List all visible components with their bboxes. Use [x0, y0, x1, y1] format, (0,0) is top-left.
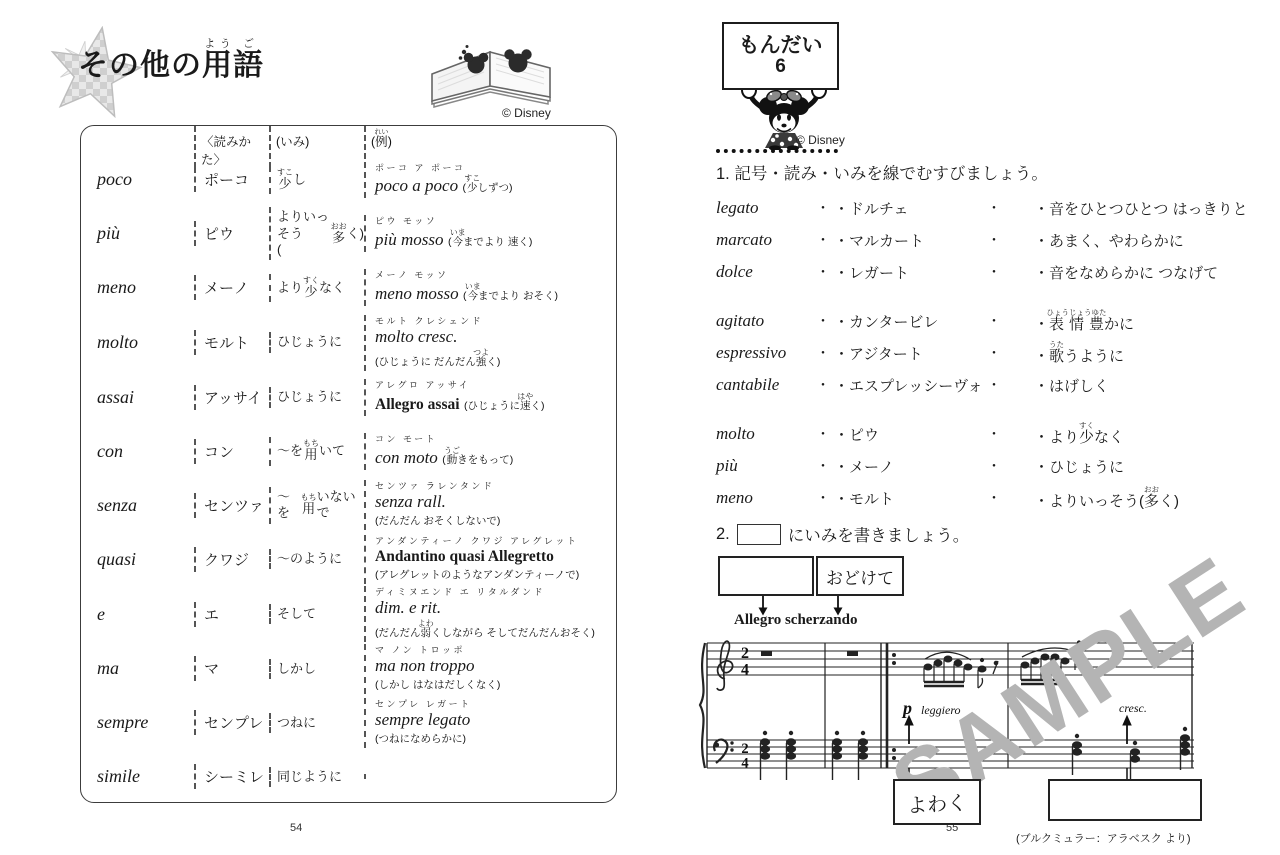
match-row: cantabile ・ ・エスプレッシーヴォ ・ ・はげしく [716, 369, 1236, 401]
match-term: legato [716, 198, 812, 218]
example-kana-guide: モルト クレシェンド [375, 317, 612, 327]
match-meaning: ・ひじょうに [1004, 456, 1236, 477]
term-cell: assai [81, 387, 194, 408]
matching-exercise: legato ・ ・ドルチェ ・ ・音をひとつひとつ はっきりと marcato… [716, 192, 1236, 531]
match-meaning: ・はげしく [1004, 375, 1236, 396]
score-source-caption: (ブルクミュラー：アラベスク より) [1016, 830, 1191, 846]
tempo-marking: Allegro scherzando [734, 612, 857, 629]
match-row: espressivo ・ ・アジタート ・ ・歌うたうように [716, 337, 1236, 369]
example-text: senza rall. [375, 492, 446, 511]
example-kana-guide: メーノ モッソ [375, 271, 612, 281]
example-text: molto cresc. [375, 327, 457, 346]
problem-label: もんだい [739, 34, 823, 57]
problem-number-sign: もんだい 6 [722, 22, 839, 90]
match-meaning: ・表情豊ひょうじょうゆたかに [1004, 308, 1236, 334]
example-cell [364, 774, 616, 779]
example-kana-guide: ポーコ ア ポーコ [375, 164, 612, 174]
dynamic-p: p [901, 698, 912, 718]
example-note: (しかし はなはだしくなく) [375, 677, 612, 692]
header-meaning: (いみ) [269, 126, 364, 168]
page-number-left: 54 [290, 822, 302, 834]
term-cell: con [81, 441, 194, 462]
example-text: con moto [375, 448, 438, 467]
example-text: Allegro assai [375, 396, 460, 413]
table-row: più ピウ よりいっそう (多おおく) ピウ モッソ più mosso (今… [81, 207, 616, 261]
whole-rest [761, 651, 772, 656]
match-reading: ・アジタート [834, 343, 984, 364]
example-note: (つねになめらかに) [375, 731, 612, 746]
match-term: marcato [716, 230, 812, 250]
reading-cell: センツァ [194, 493, 269, 518]
example-cell: アレグロ アッサイ Allegro assai (ひじょうに速はやく) [364, 379, 616, 416]
match-dot: ・ [984, 375, 1004, 395]
match-dot: ・ [812, 262, 834, 282]
match-dot: ・ [812, 488, 834, 508]
match-reading: ・カンタービレ [834, 311, 984, 332]
reading-cell: エ [194, 602, 269, 627]
example-text: più mosso [375, 230, 443, 249]
term-cell: poco [81, 169, 194, 190]
match-meaning: ・音をなめらかに つなげて [1004, 262, 1236, 283]
term-cell: meno [81, 277, 194, 298]
term-cell: più [81, 223, 194, 244]
workbook-spread: { "left_page": { "title": [{"t":"その他の"},… [0, 0, 1280, 855]
reading-cell: マ [194, 656, 269, 681]
table-row: senza センツァ ～を用もちいないで センツァ ラレンタンド senza r… [81, 478, 616, 532]
reading-cell: クワジ [194, 547, 269, 572]
example-note: (だんだん おそくしないで) [375, 513, 612, 528]
match-dot: ・ [812, 311, 834, 331]
terms-table-body: poco ポーコ 少すこし ポーコ ア ポーコ poco a poco (少すこ… [81, 153, 616, 803]
match-dot: ・ [984, 198, 1004, 218]
match-row: molto ・ ・ピウ ・ ・より少すくなく [716, 418, 1236, 450]
match-term: agitato [716, 311, 812, 331]
example-text: poco a poco [375, 176, 458, 195]
term-cell: ma [81, 658, 194, 679]
match-term: dolce [716, 262, 812, 282]
dynamic-leggiero: leggiero [921, 703, 961, 717]
bass-clef-icon [714, 740, 734, 763]
header-reading: 〈読みかた〉 [194, 126, 269, 168]
reading-cell: コン [194, 439, 269, 464]
example-kana-guide: アレグロ アッサイ [375, 381, 612, 391]
book-mickey-illustration [424, 40, 562, 110]
example-text: dim. e rit. [375, 598, 441, 617]
reading-cell: センプレ [194, 710, 269, 735]
match-meaning: ・あまく、やわらかに [1004, 230, 1236, 251]
bass-chords [760, 731, 867, 780]
term-cell: senza [81, 495, 194, 516]
match-reading: ・エスプレッシーヴォ [834, 375, 984, 396]
terms-table: 〈読みかた〉 (いみ) (例れい) poco ポーコ 少すこし ポーコ ア ポー… [80, 125, 617, 803]
meaning-cell: ひじょうに [269, 332, 364, 352]
example-cell: モルト クレシェンド molto cresc. (ひじょうに だんだん強つよく) [364, 315, 616, 371]
example-cell: センプレ レガート sempre legato (つねになめらかに) [364, 698, 616, 748]
answer-box-yowaku[interactable]: よわく [893, 779, 981, 825]
term-cell: quasi [81, 549, 194, 570]
term-cell: molto [81, 332, 194, 353]
meaning-cell: 少すこし [269, 166, 364, 194]
time-signature-bottom: 4 [741, 756, 748, 772]
match-reading: ・レガート [834, 262, 984, 283]
question1-label: 1. 記号・読み・いみを線でむすびましょう。 [716, 160, 1048, 184]
meaning-cell: そして [269, 604, 364, 624]
match-row: più ・ ・メーノ ・ ・ひじょうに [716, 450, 1236, 482]
example-note: (ひじょうに速はやく) [464, 400, 545, 412]
match-meaning: ・歌うたうように [1004, 340, 1236, 366]
example-note: (アレグレットのようなアンダンティーノで) [375, 567, 612, 582]
disney-copyright: © Disney [502, 106, 551, 120]
example-kana-guide: センツァ ラレンタンド [375, 482, 612, 492]
example-cell: ポーコ ア ポーコ poco a poco (少すこしずつ) [364, 162, 616, 199]
match-reading: ・ピウ [834, 424, 984, 445]
meaning-cell: より少すくなく [269, 274, 364, 302]
reading-cell: ポーコ [194, 167, 269, 192]
match-term: meno [716, 488, 812, 508]
match-meaning: ・よりいっそう(多おおく) [1004, 485, 1236, 511]
cresc-marking: cresc. [1119, 701, 1147, 715]
match-row: agitato ・ ・カンタービレ ・ ・表情豊ひょうじょうゆたかに [716, 305, 1236, 337]
table-row: molto モルト ひじょうに モルト クレシェンド molto cresc. … [81, 315, 616, 371]
meaning-cell: つねに [269, 713, 364, 733]
match-reading: ・マルカート [834, 230, 984, 251]
match-reading: ・メーノ [834, 456, 984, 477]
time-signature-top: 2 [741, 645, 749, 662]
example-note: (だんだん弱よわくしながら そしてだんだんおそく) [375, 619, 612, 640]
table-row: ma マ しかし マ ノン トロッポ ma non troppo (しかし はな… [81, 642, 616, 696]
example-note: (今いままでより おそく) [463, 290, 558, 302]
match-term: espressivo [716, 343, 812, 363]
problem-number: 6 [775, 57, 786, 78]
match-dot: ・ [984, 456, 1004, 476]
term-cell: sempre [81, 712, 194, 733]
example-cell: メーノ モッソ meno mosso (今いままでより おそく) [364, 269, 616, 306]
match-group-2: agitato ・ ・カンタービレ ・ ・表情豊ひょうじょうゆたかに espre… [716, 305, 1236, 401]
match-dot: ・ [812, 456, 834, 476]
example-kana-guide: センプレ レガート [375, 700, 612, 710]
page-title: その他の用よう語ご [78, 38, 264, 82]
reading-cell: アッサイ [194, 385, 269, 410]
example-text: meno mosso [375, 284, 459, 303]
match-reading: ・モルト [834, 488, 984, 509]
dotted-divider [716, 143, 838, 153]
question2-text: にいみを書きましょう。 [788, 522, 970, 546]
table-row: quasi クワジ ～のように アンダンティーノ クワジ アレグレット Anda… [81, 532, 616, 586]
term-cell: e [81, 604, 194, 625]
example-cell: ピウ モッソ più mosso (今いままでより 速く) [364, 215, 616, 252]
match-dot: ・ [984, 424, 1004, 444]
example-text: sempre legato [375, 710, 470, 729]
match-row: marcato ・ ・マルカート ・ ・あまく、やわらかに [716, 224, 1236, 256]
example-note: (少すこしずつ) [463, 182, 513, 194]
reading-cell: メーノ [194, 275, 269, 300]
reading-cell: モルト [194, 330, 269, 355]
match-dot: ・ [812, 343, 834, 363]
question2-label: 2. にいみを書きましょう。 [716, 522, 969, 546]
example-cell: マ ノン トロッポ ma non troppo (しかし はなはだしくなく) [364, 644, 616, 694]
meaning-cell: よりいっそう (多おおく) [269, 207, 364, 260]
example-kana-guide: マ ノン トロッポ [375, 646, 612, 656]
repeat-dots [892, 653, 896, 760]
table-row: meno メーノ より少すくなく メーノ モッソ meno mosso (今いま… [81, 261, 616, 315]
match-dot: ・ [984, 488, 1004, 508]
table-row: simile シーミレ 同じように [81, 750, 616, 803]
match-meaning: ・より少すくなく [1004, 421, 1236, 447]
treble-clef-icon [717, 641, 733, 690]
match-dot: ・ [812, 198, 834, 218]
grand-staff-brace [700, 643, 705, 768]
match-dot: ・ [984, 230, 1004, 250]
table-row: assai アッサイ ひじょうに アレグロ アッサイ Allegro assai… [81, 371, 616, 425]
question2-blank-box [737, 524, 781, 545]
match-dot: ・ [984, 311, 1004, 331]
table-header: 〈読みかた〉 (いみ) (例れい) [81, 126, 616, 153]
match-term: molto [716, 424, 812, 444]
example-kana-guide: ディミヌエンド エ リタルダンド [375, 588, 612, 598]
table-row: sempre センプレ つねに センプレ レガート sempre legato … [81, 696, 616, 750]
example-cell: アンダンティーノ クワジ アレグレット Andantino quasi Alle… [364, 535, 616, 584]
example-kana-guide: アンダンティーノ クワジ アレグレット [375, 537, 612, 547]
example-text: ma non troppo [375, 656, 475, 675]
time-signature-bottom: 4 [741, 662, 749, 679]
match-dot: ・ [812, 424, 834, 444]
match-row: legato ・ ・ドルチェ ・ ・音をひとつひとつ はっきりと [716, 192, 1236, 224]
example-kana-guide: ピウ モッソ [375, 217, 612, 227]
match-dot: ・ [812, 230, 834, 250]
term-cell: simile [81, 766, 194, 787]
meaning-cell: ～を用もちいないで [269, 487, 364, 524]
match-reading: ・ドルチェ [834, 198, 984, 219]
table-row: con コン ～を用もちいて コン モート con moto (動うごきをもって… [81, 424, 616, 478]
match-dot: ・ [812, 375, 834, 395]
question2-number: 2. [716, 525, 730, 544]
treble-run-2 [1021, 641, 1083, 684]
match-dot: ・ [984, 262, 1004, 282]
example-kana-guide: コン モート [375, 435, 612, 445]
meaning-cell: 同じように [269, 767, 364, 787]
match-row: meno ・ ・モルト ・ ・よりいっそう(多おおく) [716, 482, 1236, 514]
meaning-cell: ひじょうに [269, 387, 364, 407]
meaning-cell: ～のように [269, 549, 364, 569]
answer-box-empty-2[interactable] [1048, 779, 1202, 821]
match-group-3: molto ・ ・ピウ ・ ・より少すくなく più ・ ・メーノ ・ ・ひじょ… [716, 418, 1236, 514]
whole-rest [847, 651, 858, 656]
handwritten-answer: よわく [906, 786, 967, 818]
match-meaning: ・音をひとつひとつ はっきりと [1004, 198, 1248, 219]
meaning-cell: しかし [269, 659, 364, 679]
match-dot: ・ [984, 343, 1004, 363]
match-row: dolce ・ ・レガート ・ ・音をなめらかに つなげて [716, 256, 1236, 288]
treble-run-1 [924, 652, 998, 688]
reading-cell: ピウ [194, 221, 269, 246]
match-group-1: legato ・ ・ドルチェ ・ ・音をひとつひとつ はっきりと marcato… [716, 192, 1236, 288]
example-cell: ディミヌエンド エ リタルダンド dim. e rit. (だんだん弱よわくしな… [364, 586, 616, 642]
example-text: Andantino quasi Allegretto [375, 548, 554, 565]
match-term: più [716, 456, 812, 476]
example-note: (動うごきをもって) [442, 454, 513, 466]
answer-box-empty[interactable] [718, 556, 814, 596]
example-note: (今いままでより 速く) [448, 236, 532, 248]
example-cell: センツァ ラレンタンド senza rall. (だんだん おそくしないで) [364, 480, 616, 530]
match-term: cantabile [716, 375, 812, 395]
example-note: (ひじょうに だんだん強つよく) [375, 348, 612, 369]
table-row: e エ そして ディミヌエンド エ リタルダンド dim. e rit. (だん… [81, 586, 616, 642]
reading-cell: シーミレ [194, 764, 269, 789]
answer-box-odokete[interactable]: おどけて [816, 556, 904, 596]
example-cell: コン モート con moto (動うごきをもって) [364, 433, 616, 470]
meaning-cell: ～を用もちいて [269, 437, 364, 465]
